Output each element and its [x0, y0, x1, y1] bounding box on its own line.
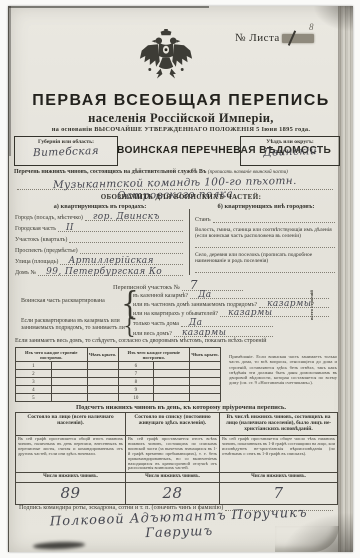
imperial-eagle-icon: [139, 28, 193, 84]
buildings-row: 49: [16, 386, 221, 394]
buildings-table: Изъ чего каждое строеніе построено. Чѣмъ…: [15, 347, 221, 402]
building-cell: [51, 378, 87, 386]
building-cell: [190, 386, 221, 394]
dotted-line: II: [58, 223, 183, 232]
dotted-line: казармы: [259, 299, 329, 308]
building-cell: [51, 394, 87, 402]
corner-pencil-mark: 8: [309, 22, 314, 32]
occupancy-label: Если расквартирована въ казармахъ или за…: [21, 318, 125, 331]
photo-frame-left: [9, 6, 11, 156]
census-subtitle: населенія Россійской Имперіи,: [9, 111, 353, 126]
buildings-row: 16: [16, 362, 221, 370]
occupancy-option-2-label: или весь домъ?: [133, 331, 172, 337]
legal-basis: на основаніи ВЫСОЧАЙШЕ УТВЕРЖДЕННАГО ПОЛ…: [9, 126, 353, 133]
tally-title: Подсчетъ нижнихъ чиновъ въ день, къ кото…: [9, 404, 353, 411]
building-cell: [190, 378, 221, 386]
quartering-option-3: или на квартирахъ у обывателей? казармы: [133, 308, 329, 317]
row-number: 6: [118, 362, 154, 370]
dotted-line: [69, 234, 183, 243]
building-cell: [154, 370, 190, 378]
building-cell: [154, 378, 190, 386]
field-selo: Село, деревня или поселокъ (прописать по…: [195, 252, 335, 273]
field-street-label: Улица (площадь): [15, 259, 58, 265]
field-selo-label: Село, деревня или поселокъ (прописать по…: [195, 252, 335, 264]
tally-col-1-header: Состояло на лицо (всего наличнаго населе…: [16, 413, 126, 436]
tally-header-row: Состояло на лицо (всего наличнаго населе…: [16, 413, 338, 436]
building-cell: [51, 370, 87, 378]
buildings-col-header: Изъ чего каждое строеніе построено.: [118, 348, 190, 362]
count-label: Число нижнихъ чиновъ.: [220, 473, 338, 483]
field-city-label: Городъ (посадъ, мѣстечко): [15, 215, 83, 221]
building-cell: [154, 386, 190, 394]
quartering-option-1: въ казенной казармѣ? Да: [133, 290, 329, 299]
building-cell: [154, 394, 190, 402]
occupancy-option-2: или весь домъ? казармы: [133, 328, 273, 337]
tally-table: Состояло на лицо (всего наличнаго населе…: [15, 412, 337, 505]
dotted-line: 99, Петербургская Ко: [38, 267, 183, 276]
quartering-option-3-value: казармы: [228, 308, 272, 318]
row-number: 8: [118, 378, 154, 386]
field-stan-label: Станъ: [195, 217, 211, 223]
margin-note: всего строеній: [309, 290, 314, 320]
buildings-col-header: Чѣмъ крыто.: [87, 348, 118, 362]
occupancy-option-1-label: только часть дома: [133, 321, 179, 327]
field-street-value: Артиллерійская: [68, 256, 153, 266]
sheet-number-label: № Листа: [235, 32, 280, 44]
field-uchastok: Участокъ (кварталъ): [15, 234, 183, 243]
buildings-col-header: Изъ чего каждое строеніе построено.: [16, 348, 88, 362]
dotted-line: [195, 264, 335, 273]
row-number: 1: [16, 362, 52, 370]
dotted-line: [213, 214, 335, 223]
row-number: 3: [16, 378, 52, 386]
building-cell: [87, 378, 118, 386]
quartering-option-3-label: или на квартирахъ у обывателей?: [133, 311, 218, 317]
field-house: Домъ № 99, Петербургская Ко: [15, 267, 183, 276]
unit-intro: Перечень нижнихъ чиновъ, состоящихъ на д…: [14, 169, 206, 175]
building-cell: [51, 386, 87, 394]
field-city: Городъ (посадъ, мѣстечко) гор. Двинскъ: [15, 212, 183, 221]
uyezd-box: Уѣздъ или округъ: Двинскій: [240, 136, 340, 166]
building-cell: [87, 362, 118, 370]
document-title: ВОИНСКАЯ ПЕРЕЧНЕВАЯ ВѢДОМОСТЬ: [117, 145, 235, 156]
dotted-line: казармы: [174, 328, 273, 337]
tally-body-row: Въ сей графѣ проставляется общій итогъ н…: [16, 436, 338, 473]
row-number: 4: [16, 386, 52, 394]
building-cell: [190, 394, 221, 402]
tally-col-2-header: Состояло по списку (постоянно живущаго з…: [126, 413, 220, 436]
occupancy-option-2-value: казармы: [182, 328, 226, 338]
row-number: 5: [16, 394, 52, 402]
field-house-value: 99, Петербургская Ко: [46, 267, 162, 277]
buildings-row: 510: [16, 394, 221, 402]
count-value: 28: [163, 484, 183, 502]
buildings-row: 38: [16, 378, 221, 386]
field-uchastok-label: Участокъ (кварталъ): [15, 237, 67, 243]
count-label: Число нижнихъ чиновъ.: [126, 473, 220, 483]
building-cell: [87, 386, 118, 394]
quartering-option-2: или въ частномъ домѣ занимаемомъ подрядо…: [133, 299, 329, 308]
dotted-line: [195, 239, 335, 248]
field-city-part: Городская часть II: [15, 223, 183, 232]
field-volost: Волость, гмина, станица или соотвѣтствую…: [195, 227, 335, 248]
tally-col-3-header: Въ числѣ нижнихъ чиновъ, состоящихъ на л…: [220, 413, 338, 436]
city-heading: а) квартирующихъ въ городахъ:: [15, 203, 185, 210]
tally-col-3-body: Въ сей графѣ проставляется общее число т…: [220, 436, 338, 473]
count-label: Число нижнихъ чиновъ.: [16, 473, 126, 483]
quartering-label: Воинская часть расквартирована: [21, 298, 121, 304]
buildings-row: 27: [16, 370, 221, 378]
building-cell: [87, 370, 118, 378]
guberniya-value: Витебская: [15, 144, 117, 160]
signature-value: Полковой Адъютантъ Поручикъ Гаврушъ: [29, 505, 330, 545]
designate-heading: ОБОЗНАЧИТЬ ДЛЯ ВОИНСКИХЪ ЧАСТЕЙ:: [9, 193, 353, 201]
count-value: 7: [274, 484, 284, 502]
signature-value-wrap: Полковой Адъютантъ Поручикъ Гаврушъ: [29, 510, 329, 541]
field-city-value: гор. Двинскъ: [93, 212, 160, 222]
field-house-label: Домъ №: [15, 270, 36, 276]
tally-count-label-row: Число нижнихъ чиновъ. Число нижнихъ чино…: [16, 473, 338, 483]
dotted-line: гор. Двинскъ: [85, 212, 183, 221]
row-number: 9: [118, 386, 154, 394]
building-cell: [154, 362, 190, 370]
scanned-census-page: № Листа 8 ПЕРВА: [8, 6, 353, 552]
tally-col-2-body: Въ сей графѣ проставляется итогъ всѣхъ н…: [126, 436, 220, 473]
dotted-line: [80, 245, 183, 254]
city-column: а) квартирующихъ въ городахъ:: [15, 203, 185, 210]
building-cell: [51, 362, 87, 370]
uyezd-value: Двинскій: [241, 144, 339, 159]
sheet-number: № Листа: [235, 32, 314, 44]
photo-frame-top: [9, 6, 209, 8]
dotted-line: Артиллерійская: [60, 256, 183, 265]
occupancy-option-1-value: Да: [189, 318, 202, 328]
building-cell: [190, 370, 221, 378]
unit-name-row: Музыкантской командѣ 100-го пѣхотн. Остр…: [17, 177, 333, 190]
field-street: Улица (площадь) Артиллерійская: [15, 256, 183, 265]
buildings-intro: Если занимаетъ весь домъ, то слѣдуетъ, с…: [15, 338, 337, 344]
field-volost-label: Волость, гмина, станица или соотвѣтствую…: [195, 227, 335, 239]
building-cell: [87, 394, 118, 402]
count-value: 89: [61, 484, 81, 502]
buildings-note: Примѣчаніе. Если воинская часть занимает…: [229, 354, 337, 386]
tally-col-1-body: Въ сей графѣ проставляется общій итогъ н…: [16, 436, 126, 473]
row-number: 7: [118, 370, 154, 378]
field-city-part-label: Городская часть: [15, 226, 56, 232]
building-cell: [190, 362, 221, 370]
dotted-line: Да: [181, 318, 273, 327]
row-number: 10: [118, 394, 154, 402]
field-city-part-value: II: [66, 223, 74, 233]
page-stack-edge: [338, 6, 353, 552]
guberniya-box: Губернія или область: Витебская: [14, 136, 118, 166]
field-prospekt-label: Проспектъ (предмѣстье): [15, 248, 78, 254]
edge-shadow-top: [313, 6, 353, 32]
column-divider: [189, 209, 190, 275]
field-stan: Станъ: [195, 214, 335, 223]
sheet-number-smudge: [282, 34, 314, 43]
rural-column: б) квартирующихъ внѣ городовъ:: [195, 203, 337, 210]
buildings-header-row: Изъ чего каждое строеніе построено. Чѣмъ…: [16, 348, 221, 362]
field-prospekt: Проспектъ (предмѣстье): [15, 245, 183, 254]
occupancy-option-1: только часть дома Да: [133, 318, 273, 327]
census-title: ПЕРВАЯ ВСЕОБЩАЯ ПЕРЕПИСЬ: [9, 92, 353, 110]
buildings-col-header: Чѣмъ крыто.: [190, 348, 221, 362]
row-number: 2: [16, 370, 52, 378]
rural-heading: б) квартирующихъ внѣ городовъ:: [195, 203, 337, 210]
